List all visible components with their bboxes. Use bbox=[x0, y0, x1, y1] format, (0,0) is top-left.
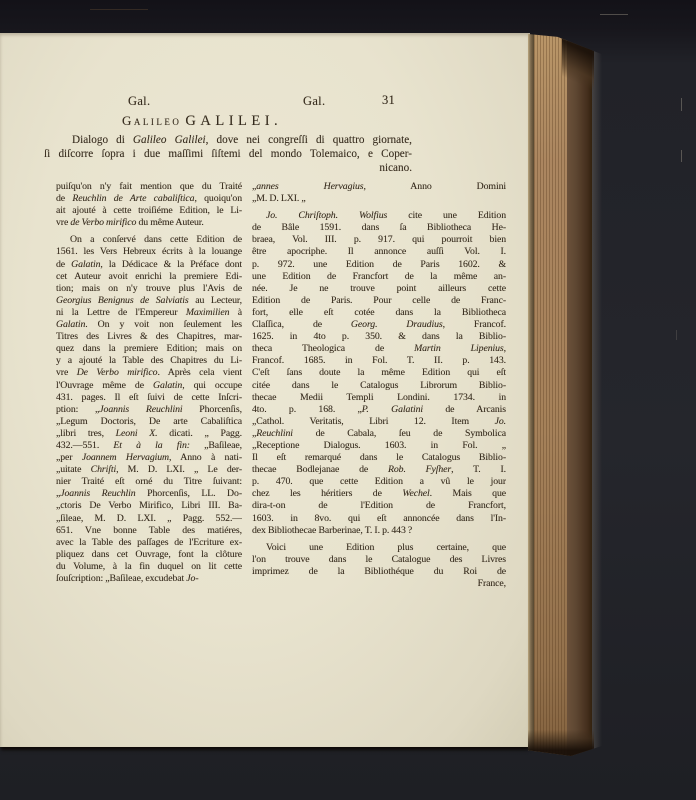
film-speck bbox=[681, 150, 682, 162]
text-line: 1603. in 8vo. qui eſt annoncée dans l'In… bbox=[252, 513, 506, 525]
text-line: l'on trouve dans le Catalogue des Livres bbox=[252, 554, 506, 566]
text-line: braea, Vol. III. p. 917. qui pourroit bi… bbox=[252, 234, 506, 246]
text-line: C'eſt ſans doute la même Edition qui eſt bbox=[252, 367, 506, 379]
text-line: „Reuchlini de Cabala, ſeu de Symbolica bbox=[252, 428, 506, 440]
text-line: „Legum Doctoris, De arte Cabaliſtica bbox=[56, 416, 242, 428]
book-page: Gal. Gal. 31 Galileo GALILEI. Dialogo di… bbox=[0, 33, 530, 747]
text-line: une Edition de Francfort de la même an- bbox=[252, 271, 506, 283]
text-line: imprimez de la Bibliothéque du Roi de bbox=[252, 566, 506, 578]
text-line: Titres des Livres & des Chapitres, mar- bbox=[56, 331, 242, 343]
text-line: Dialogo di Galileo Galilei, dove nei con… bbox=[44, 133, 412, 147]
text-line: France, bbox=[252, 578, 506, 590]
text-line: quez dans la premiere Edition; mais on bbox=[56, 343, 242, 355]
text-line: ni la Lettre de l'Empereur Maximilien à bbox=[56, 307, 242, 319]
scan-background: { "colors": { "background": "#1e1f24", "… bbox=[0, 0, 696, 800]
article-title-second-word: GALILEI. bbox=[185, 113, 282, 129]
text-line: p. 470. que cette Edition a vû le jour bbox=[252, 476, 506, 488]
text-line: „ſileae, M. D. LXI. „ Pagg. 552.— bbox=[56, 513, 242, 525]
text-line: 4to. p. 168. „P. Galatini de Arcanis bbox=[252, 404, 506, 416]
cover-bottom-corner bbox=[528, 724, 594, 756]
text-line: „per Joannem Hervagium, Anno à nati- bbox=[56, 452, 242, 464]
text-line: être apocriphe. Il annonce auſſi Vol. I. bbox=[252, 246, 506, 258]
scratch-mark bbox=[90, 9, 148, 10]
text-line: de Reuchlin de Arte cabaliſtica, quoiqu'… bbox=[56, 193, 242, 205]
text-line: ption: „Joannis Reuchlini Phorcenſis, bbox=[56, 404, 242, 416]
text-line: Galatin. On y voit non ſeulement les bbox=[56, 319, 242, 331]
text-line: 1561. les Vers Hebreux écrits à la louan… bbox=[56, 246, 242, 258]
paragraph: „annes Hervagius, Anno Domini„M. D. LXI.… bbox=[252, 181, 506, 205]
film-speck bbox=[676, 330, 677, 340]
text-line: Jo. Chriſtoph. Wolfius cite une Edition bbox=[252, 210, 506, 222]
text-line: y a ajouté la Table des Chapitres du Li- bbox=[56, 355, 242, 367]
text-line: „M. D. LXI. „ bbox=[252, 193, 506, 205]
text-line: Il eſt remarqué dans le Catalogus Biblio… bbox=[252, 452, 506, 464]
text-line: Georgius Benignus de Salviatis au Lecteu… bbox=[56, 295, 242, 307]
text-line: Voici une Edition plus certaine, que bbox=[252, 542, 506, 554]
book-edge bbox=[528, 34, 602, 756]
text-line: de Bâle 1591. dans ſa Bibliotheca He- bbox=[252, 222, 506, 234]
text-line: pliquez dans cet Ouvrage, font la clôtur… bbox=[56, 549, 242, 561]
text-line: 1625. in 4to p. 350. & dans la Biblio- bbox=[252, 331, 506, 343]
text-line: chez les héritiers de Wechel. Mais que bbox=[252, 488, 506, 500]
fore-edge-pages bbox=[534, 34, 567, 756]
text-line: p. 972. une Edition de Paris 1602. & bbox=[252, 259, 506, 271]
text-line: „ctoris De Verbo Mirifico, Libri III. Ba… bbox=[56, 500, 242, 512]
text-line: cet Auteur avoit enrichi la premiere Edi… bbox=[56, 271, 242, 283]
text-line: 651. Vne bonne Table des matiéres, bbox=[56, 525, 242, 537]
paragraph: Dialogo di Galileo Galilei, dove nei con… bbox=[44, 133, 412, 175]
text-line: „libri tres, Leoni X. dicati. „ Pagg. bbox=[56, 428, 242, 440]
left-column: puiſqu'on n'y fait mention que du Traité… bbox=[56, 181, 242, 585]
text-line: avec la Table des paſſages de l'Ecriture… bbox=[56, 537, 242, 549]
text-line: Edition de Paris. Pour celle de Franc- bbox=[252, 295, 506, 307]
text-line: citée dans le Catalogus Librorum Biblio- bbox=[252, 380, 506, 392]
text-line: 431. pages. Il eſt ſuivi de cette Inſcri… bbox=[56, 392, 242, 404]
text-line: 432.—551. Et à la fin: „Baſileae, bbox=[56, 440, 242, 452]
text-line: Claſſica, de Georg. Draudius, Francof. bbox=[252, 319, 506, 331]
text-line: l'Ouvrage même de Galatin, qui occupe bbox=[56, 380, 242, 392]
text-line: On a conſervé dans cette Edition de bbox=[56, 234, 242, 246]
text-line: fort, elle eſt cotée dans la Bibliotheca bbox=[252, 307, 506, 319]
cover-board-edge bbox=[567, 34, 592, 756]
text-line: „Joannis Reuchlin Phorcenſis, LL. Do- bbox=[56, 488, 242, 500]
text-line: de Galatin, la Dédicace & la Préface don… bbox=[56, 259, 242, 271]
text-line: thecae Medii Templi Londini. 1734. in bbox=[252, 392, 506, 404]
text-line: thecae Bodlejanae de Rob. Fyſher, T. I. bbox=[252, 464, 506, 476]
paragraph: Jo. Chriſtoph. Wolfius cite une Editiond… bbox=[252, 210, 506, 537]
article-title: Galileo GALILEI. bbox=[122, 112, 282, 130]
text-line: ſouſcription: „Baſileae, excudebat Jo- bbox=[56, 573, 242, 585]
work-subtitle: Dialogo di Galileo Galilei, dove nei con… bbox=[44, 133, 412, 175]
text-line: née. Je ne trouve point ailleurs cette bbox=[252, 283, 506, 295]
running-head-center: Gal. bbox=[303, 94, 325, 109]
text-line: „Receptione Dialogus. 1603. in Fol. „ bbox=[252, 440, 506, 452]
edge-shadow bbox=[592, 34, 602, 756]
text-line: nicano. bbox=[44, 161, 412, 175]
text-line: vre de Verbo mirifico du même Auteur. bbox=[56, 217, 242, 229]
running-head-left: Gal. bbox=[128, 94, 150, 109]
paragraph: puiſqu'on n'y fait mention que du Traité… bbox=[56, 181, 242, 229]
text-line: ait ajouté à cette troiſiéme Edition, le… bbox=[56, 205, 242, 217]
page-number: 31 bbox=[382, 93, 395, 108]
text-line: „Cathol. Veritatis, Libri 12. Item Jo. bbox=[252, 416, 506, 428]
right-column: „annes Hervagius, Anno Domini„M. D. LXI.… bbox=[252, 181, 506, 590]
text-line: puiſqu'on n'y fait mention que du Traité bbox=[56, 181, 242, 193]
text-line: theca Theologica de Martin Lipenius, bbox=[252, 343, 506, 355]
paragraph: On a conſervé dans cette Edition de1561.… bbox=[56, 234, 242, 585]
text-line: dex Bibliothecae Barberinae, T. I. p. 44… bbox=[252, 525, 506, 537]
paragraph: Voici une Edition plus certaine, quel'on… bbox=[252, 542, 506, 590]
film-speck bbox=[681, 98, 682, 111]
text-line: „annes Hervagius, Anno Domini bbox=[252, 181, 506, 193]
scratch-mark bbox=[600, 14, 628, 15]
text-line: tion; mais on n'y trouve plus l'Avis de bbox=[56, 283, 242, 295]
cover-top-corner bbox=[562, 38, 594, 94]
text-line: du Volume, à la fin duquel on lit cette bbox=[56, 561, 242, 573]
text-line: „uitate Chriſti, M. D. LXI. „ Le der- bbox=[56, 464, 242, 476]
text-line: ſi diſcorre ſopra i due maſſimi ſiſtemi … bbox=[44, 147, 412, 161]
text-line: Francof. 1685. in Fol. T. II. p. 143. bbox=[252, 355, 506, 367]
text-line: vre De Verbo mirifico. Après cela vient bbox=[56, 367, 242, 379]
article-title-first-word: Galileo bbox=[122, 113, 181, 128]
text-line: dira-t-on de l'Edition de Francfort, bbox=[252, 500, 506, 512]
text-line: nier Traité eſt orné du Titre ſuivant: bbox=[56, 476, 242, 488]
